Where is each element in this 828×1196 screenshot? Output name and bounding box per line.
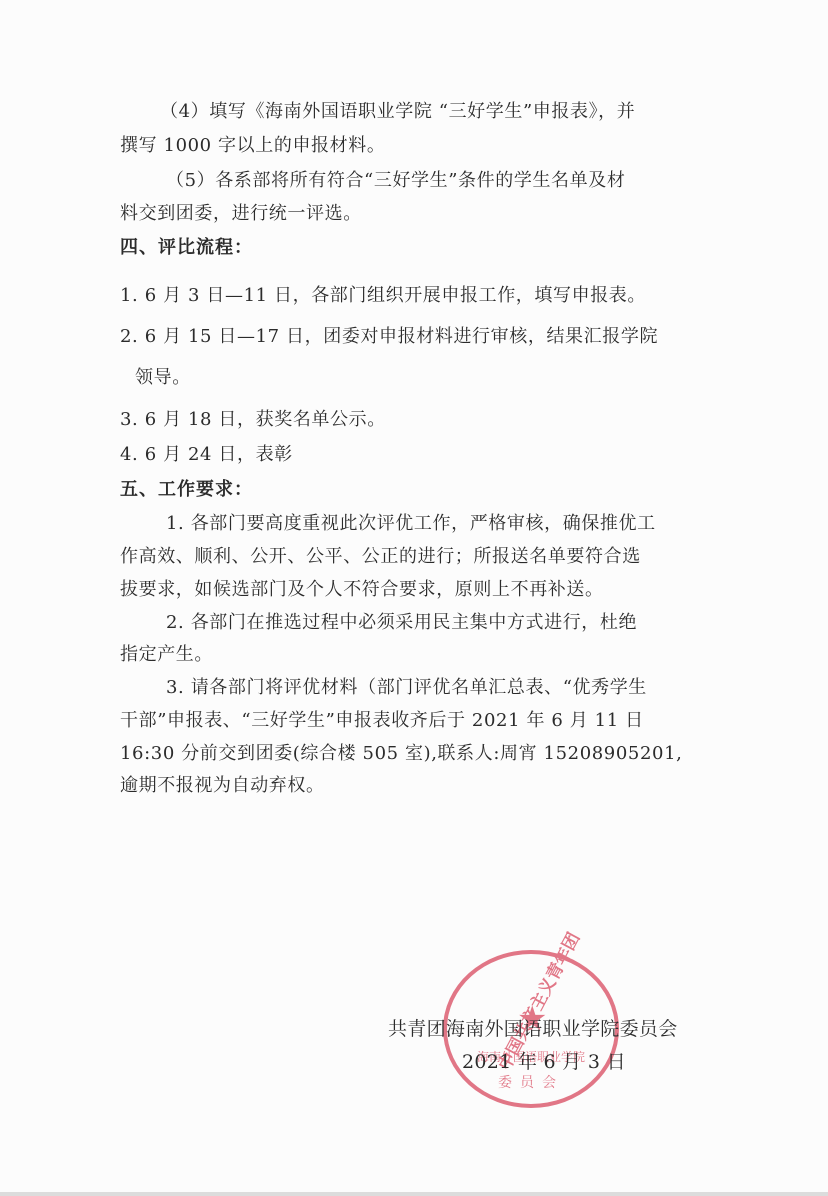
paragraph-5-line-1: （5）各系部将所有符合“三好学生”条件的学生名单及材 (166, 169, 625, 193)
signature-organization: 共青团海南外国语职业学院委员会 (388, 1017, 678, 1041)
section-5-heading: 五、工作要求： (120, 478, 253, 502)
requirement-2-line-2: 指定产生。 (120, 643, 213, 667)
section-4-heading: 四、评比流程： (120, 236, 253, 260)
requirement-3-line-2: 干部”申报表、“三好学生”申报表收齐后于 2021 年 6 月 11 日 (120, 709, 644, 733)
requirement-2-line-1: 2. 各部门在推选过程中必须采用民主集中方式进行，杜绝 (166, 611, 637, 635)
requirement-1-line-2: 作高效、顺利、公开、公平、公正的进行；所报送名单要符合选 (120, 545, 641, 569)
seal-bottom-text: 委员会 (447, 1072, 615, 1092)
requirement-1-line-3: 拔要求，如候选部门及个人不符合要求，原则上不再补送。 (120, 578, 604, 602)
signature-date: 2021 年 6 月 3 日 (462, 1050, 626, 1074)
process-item-3: 3. 6 月 18 日，获奖名单公示。 (120, 408, 386, 432)
requirement-3-line-4: 逾期不报视为自动弃权。 (120, 774, 325, 798)
requirement-1-line-1: 1. 各部门要高度重视此次评优工作，严格审核，确保推优工 (166, 512, 656, 536)
document-page: （4）填写《海南外国语职业学院 “三好学生”申报表》，并 撰写 1000 字以上… (0, 0, 828, 1192)
paragraph-4-line-1: （4）填写《海南外国语职业学院 “三好学生”申报表》，并 (160, 100, 635, 124)
process-item-1: 1. 6 月 3 日—11 日，各部门组织开展申报工作，填写申报表。 (120, 284, 646, 308)
requirement-3-line-3: 16:30 分前交到团委(综合楼 505 室),联系人:周宵 152089052… (120, 742, 682, 766)
paragraph-4-line-2: 撰写 1000 字以上的申报材料。 (120, 134, 385, 158)
requirement-3-line-1: 3. 请各部门将评优材料（部门评优名单汇总表、“优秀学生 (166, 676, 647, 700)
process-item-2-line-2: 领导。 (135, 366, 191, 390)
process-item-4: 4. 6 月 24 日，表彰 (120, 443, 293, 467)
process-item-2-line-1: 2. 6 月 15 日—17 日，团委对申报材料进行审核，结果汇报学院 (120, 325, 658, 349)
page-bottom-edge (0, 1192, 828, 1196)
paragraph-5-line-2: 料交到团委，进行统一评选。 (120, 202, 362, 226)
